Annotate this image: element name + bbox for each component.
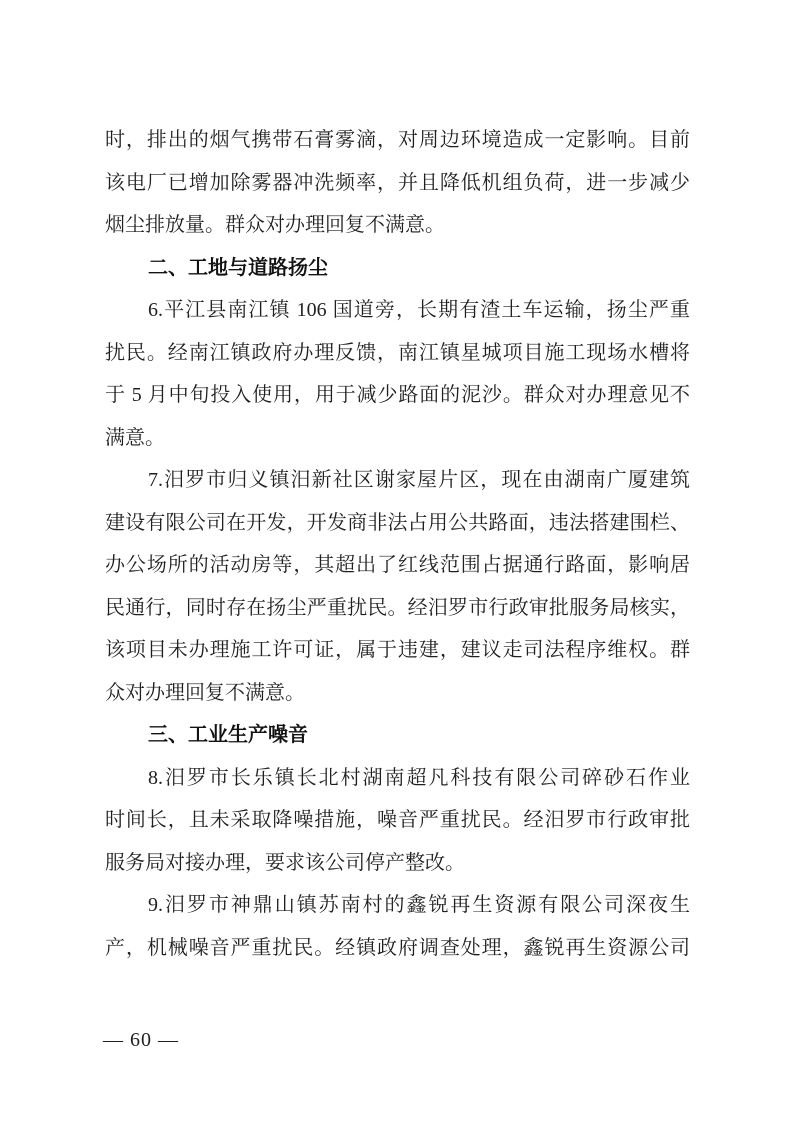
document-body: 时，排出的烟气携带石膏雾滴，对周边环境造成一定影响。目前该电厂已增加除雾器冲洗频… bbox=[105, 119, 690, 969]
text-line: 时间长，且未采取降噪措施，噪音严重扰民。经汨罗市行政审批 bbox=[105, 799, 690, 842]
text-line: 于 5 月中旬投入使用，用于减少路面的泥沙。群众对办理意见不 bbox=[105, 374, 690, 417]
text-line: 众对办理回复不满意。 bbox=[105, 672, 690, 715]
text-line: 办公场所的活动房等，其超出了红线范围占据通行路面，影响居 bbox=[105, 544, 690, 587]
text-line: 民通行，同时存在扬尘严重扰民。经汨罗市行政审批服务局核实， bbox=[105, 587, 690, 630]
text-line: 时，排出的烟气携带石膏雾滴，对周边环境造成一定影响。目前 bbox=[105, 119, 690, 162]
text-line: 扰民。经南江镇政府办理反馈，南江镇星城项目施工现场水槽将 bbox=[105, 332, 690, 375]
section-heading: 二、工地与道路扬尘 bbox=[105, 247, 690, 290]
text-line: 9.汨罗市神鼎山镇苏南村的鑫锐再生资源有限公司深夜生 bbox=[105, 884, 690, 927]
text-line: 烟尘排放量。群众对办理回复不满意。 bbox=[105, 204, 690, 247]
text-line: 7.汨罗市归义镇汨新社区谢家屋片区，现在由湖南广厦建筑 bbox=[105, 459, 690, 502]
paragraph: 时，排出的烟气携带石膏雾滴，对周边环境造成一定影响。目前该电厂已增加除雾器冲洗频… bbox=[105, 119, 690, 247]
text-line: 建设有限公司在开发，开发商非法占用公共路面，违法搭建围栏、 bbox=[105, 502, 690, 545]
section-heading: 三、工业生产噪音 bbox=[105, 714, 690, 757]
paragraph: 7.汨罗市归义镇汨新社区谢家屋片区，现在由湖南广厦建筑建设有限公司在开发，开发商… bbox=[105, 459, 690, 714]
text-line: 该项目未办理施工许可证，属于违建，建议走司法程序维权。群 bbox=[105, 629, 690, 672]
text-line: 产，机械噪音严重扰民。经镇政府调查处理，鑫锐再生资源公司 bbox=[105, 927, 690, 970]
text-line: 该电厂已增加除雾器冲洗频率，并且降低机组负荷，进一步减少 bbox=[105, 162, 690, 205]
document-page: 时，排出的烟气携带石膏雾滴，对周边环境造成一定影响。目前该电厂已增加除雾器冲洗频… bbox=[0, 0, 793, 1122]
paragraph: 9.汨罗市神鼎山镇苏南村的鑫锐再生资源有限公司深夜生产，机械噪音严重扰民。经镇政… bbox=[105, 884, 690, 969]
text-line: 服务局对接办理，要求该公司停产整改。 bbox=[105, 842, 690, 885]
text-line: 8.汨罗市长乐镇长北村湖南超凡科技有限公司碎砂石作业 bbox=[105, 757, 690, 800]
text-line: 满意。 bbox=[105, 417, 690, 460]
paragraph: 6.平江县南江镇 106 国道旁，长期有渣土车运输，扬尘严重扰民。经南江镇政府办… bbox=[105, 289, 690, 459]
page-footer: — 60 — bbox=[103, 1029, 179, 1051]
paragraph: 8.汨罗市长乐镇长北村湖南超凡科技有限公司碎砂石作业时间长，且未采取降噪措施，噪… bbox=[105, 757, 690, 885]
text-line: 6.平江县南江镇 106 国道旁，长期有渣土车运输，扬尘严重 bbox=[105, 289, 690, 332]
page-number: — 60 — bbox=[103, 1029, 179, 1051]
